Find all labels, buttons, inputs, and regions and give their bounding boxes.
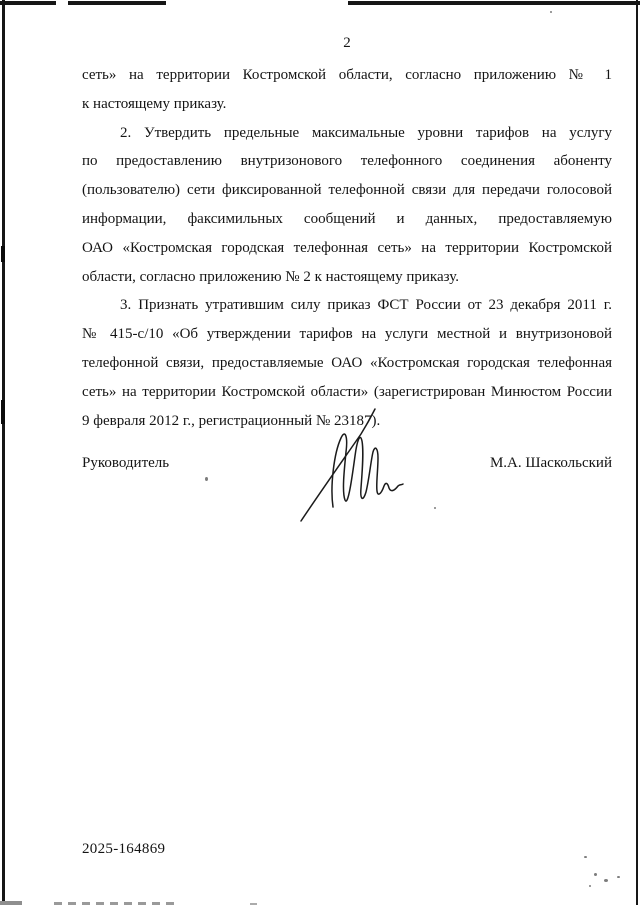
scan-speck <box>617 876 620 878</box>
scan-artifact <box>1 246 5 262</box>
document-line: по предоставлению внутризонового телефон… <box>82 147 612 176</box>
scan-speck <box>604 879 608 882</box>
scan-speck <box>584 856 587 858</box>
page-number: 2 <box>82 35 612 52</box>
document-line: 3. Признать утратившим силу приказ ФСТ Р… <box>82 291 612 320</box>
document-line: сеть» на территории Костромской области»… <box>82 378 612 407</box>
page-border-top <box>68 1 166 5</box>
page-border-top <box>0 1 56 5</box>
scan-artifact <box>1 400 5 424</box>
document-line: области, согласно приложению № 2 к насто… <box>82 263 612 292</box>
scan-speck <box>550 11 552 13</box>
document-line: телефонной связи, предоставляемые ОАО «К… <box>82 349 612 378</box>
document-body: сеть» на территории Костромской области,… <box>82 61 612 435</box>
document-line: № 415-с/10 «Об утверждении тарифов на ус… <box>82 320 612 349</box>
document-line: информации, факсимильных сообщений и дан… <box>82 205 612 234</box>
scan-speck <box>594 873 597 876</box>
scan-speck <box>434 507 436 509</box>
document-line: (пользователю) сети фиксированной телефо… <box>82 176 612 205</box>
handwritten-signature-image <box>285 408 405 523</box>
page-border-left <box>2 0 5 905</box>
scan-speck <box>205 477 208 481</box>
document-line: ОАО «Костромская городская телефонная се… <box>82 234 612 263</box>
scan-speck <box>589 885 591 887</box>
page-border-top <box>348 1 640 5</box>
document-footer-code: 2025-164869 <box>82 841 165 858</box>
document-line: сеть» на территории Костромской области,… <box>82 61 612 90</box>
signature-name: М.А. Шаскольский <box>412 455 612 472</box>
document-line: 2. Утвердить предельные максимальные уро… <box>82 119 612 148</box>
signature-role-label: Руководитель <box>82 455 169 472</box>
document-line: к настоящему приказу. <box>82 90 612 119</box>
scanned-document-page: { "page": { "number": "2", "footer_code"… <box>0 0 640 905</box>
scan-artifact <box>0 901 22 905</box>
page-border-right <box>636 0 638 905</box>
